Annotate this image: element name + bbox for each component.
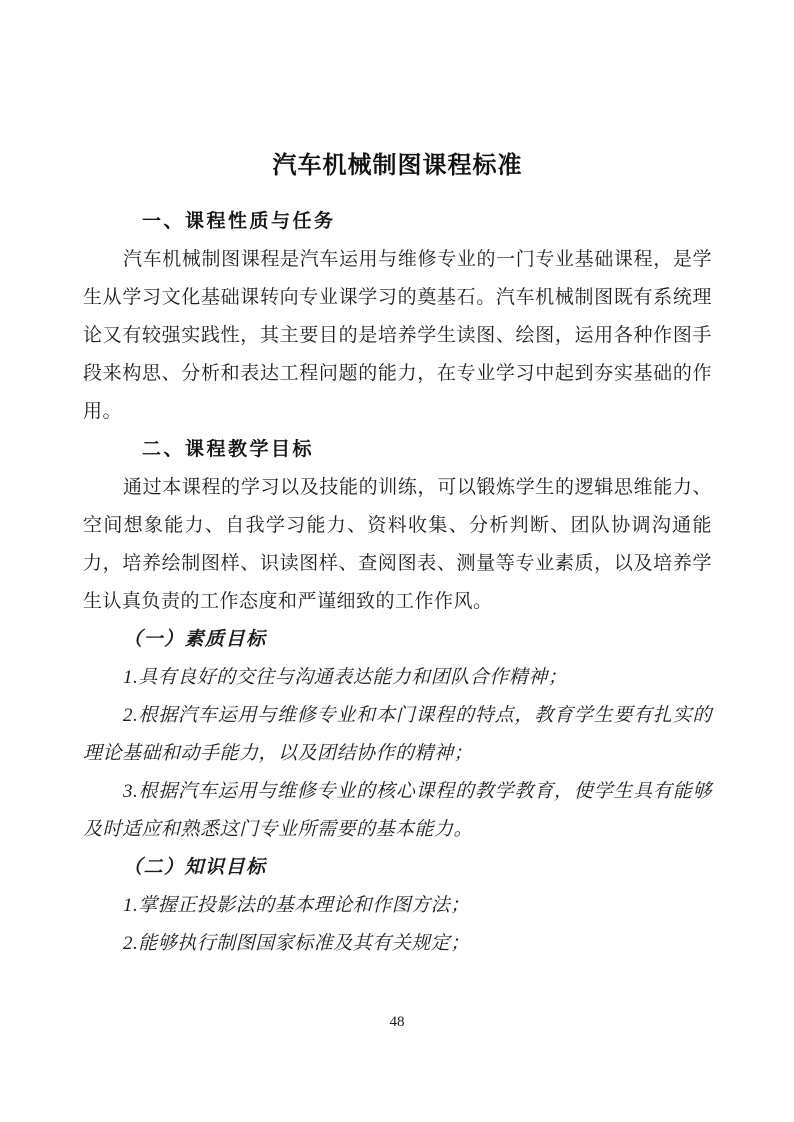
paragraph-teaching-goals: 通过本课程的学习以及技能的训练，可以锻炼学生的逻辑思维能力、空间想象能力、自我学… [83, 469, 712, 621]
list-item-quality-1: 1.具有良好的交往与沟通表达能力和团队合作精神； [83, 659, 712, 697]
document-page: 汽车机械制图课程标准 一、课程性质与任务 汽车机械制图课程是汽车运用与维修专业的… [0, 0, 794, 1122]
subsection-heading-quality-goals: （一）素质目标 [83, 621, 712, 659]
list-item-quality-2: 2.根据汽车运用与维修专业和本门课程的特点，教育学生要有扎实的理论基础和动手能力… [83, 697, 712, 773]
list-item-quality-3: 3.根据汽车运用与维修专业的核心课程的教学教育，使学生具有能够及时适应和熟悉这门… [83, 773, 712, 849]
page-number: 48 [0, 1012, 794, 1032]
section-heading-course-nature: 一、课程性质与任务 [83, 203, 712, 241]
list-item-knowledge-2: 2.能够执行制图国家标准及其有关规定； [83, 925, 712, 963]
list-item-knowledge-1: 1.掌握正投影法的基本理论和作图方法； [83, 887, 712, 925]
section-heading-teaching-goals: 二、课程教学目标 [83, 431, 712, 469]
subsection-heading-knowledge-goals: （二）知识目标 [83, 849, 712, 887]
document-title: 汽车机械制图课程标准 [83, 146, 712, 186]
paragraph-course-nature: 汽车机械制图课程是汽车运用与维修专业的一门专业基础课程，是学生从学习文化基础课转… [83, 241, 712, 431]
